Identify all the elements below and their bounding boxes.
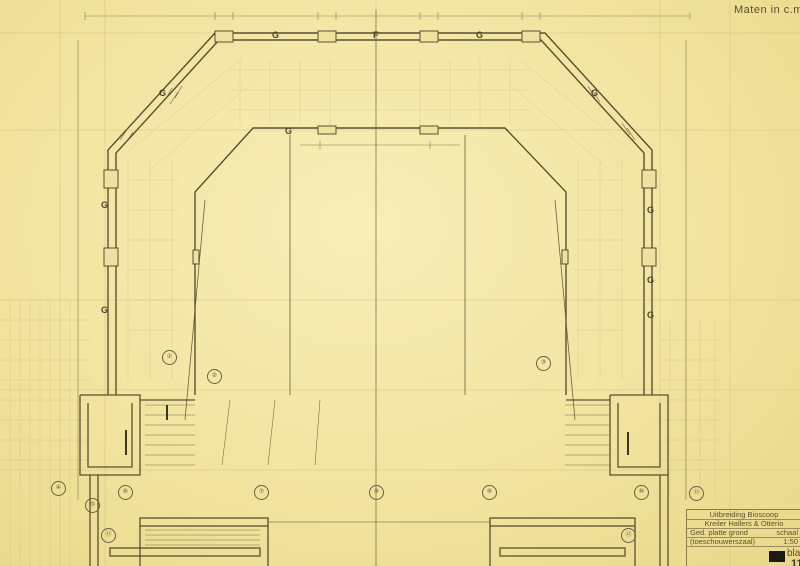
grid-marker: ③ <box>536 356 551 371</box>
grid-marker: ⑨ <box>482 485 497 500</box>
wall-label-diag-left: G <box>159 88 166 98</box>
wall-label-right-1: G <box>647 205 654 215</box>
wall-label-left-2: G <box>101 305 108 315</box>
grid-marker: ① <box>162 350 177 365</box>
grid-marker: ⑬ <box>689 486 704 501</box>
sheet-number: 11 <box>791 558 800 566</box>
wall-label-right-2: G <box>647 275 654 285</box>
wall-label-top-center: F <box>373 30 379 40</box>
wall-label-right-3: G <box>647 310 654 320</box>
wall-label-top-left: G <box>272 30 279 40</box>
grid-marker: ⑪ <box>101 528 116 543</box>
grid-marker: ⑧ <box>369 485 384 500</box>
grid-marker: ⑤ <box>85 498 100 513</box>
scale-value: 1:50 <box>783 537 798 546</box>
floor-plan-drawing <box>0 0 800 566</box>
wall-label-inner-top: G <box>285 126 292 136</box>
grid-marker: ⑥ <box>118 485 133 500</box>
title-block: Uitbreiding Bioscoop Kreiler Hallers & O… <box>686 509 800 566</box>
grid-marker: ④ <box>51 481 66 496</box>
wall-label-diag-right: G <box>591 88 598 98</box>
grid-marker: ⑫ <box>621 528 636 543</box>
grid-marker: ⑦ <box>254 485 269 500</box>
floor-plan-sheet: Maten in c.m. G F G G G G G G G G G ① ② … <box>0 0 800 566</box>
units-note: Maten in c.m. <box>734 4 800 16</box>
scale-label: schaal <box>776 528 798 537</box>
grid-marker: ⑩ <box>634 485 649 500</box>
grid-marker: ② <box>207 369 222 384</box>
wall-label-left-1: G <box>101 200 108 210</box>
black-marker-block <box>769 551 785 562</box>
wall-label-top-right: G <box>476 30 483 40</box>
